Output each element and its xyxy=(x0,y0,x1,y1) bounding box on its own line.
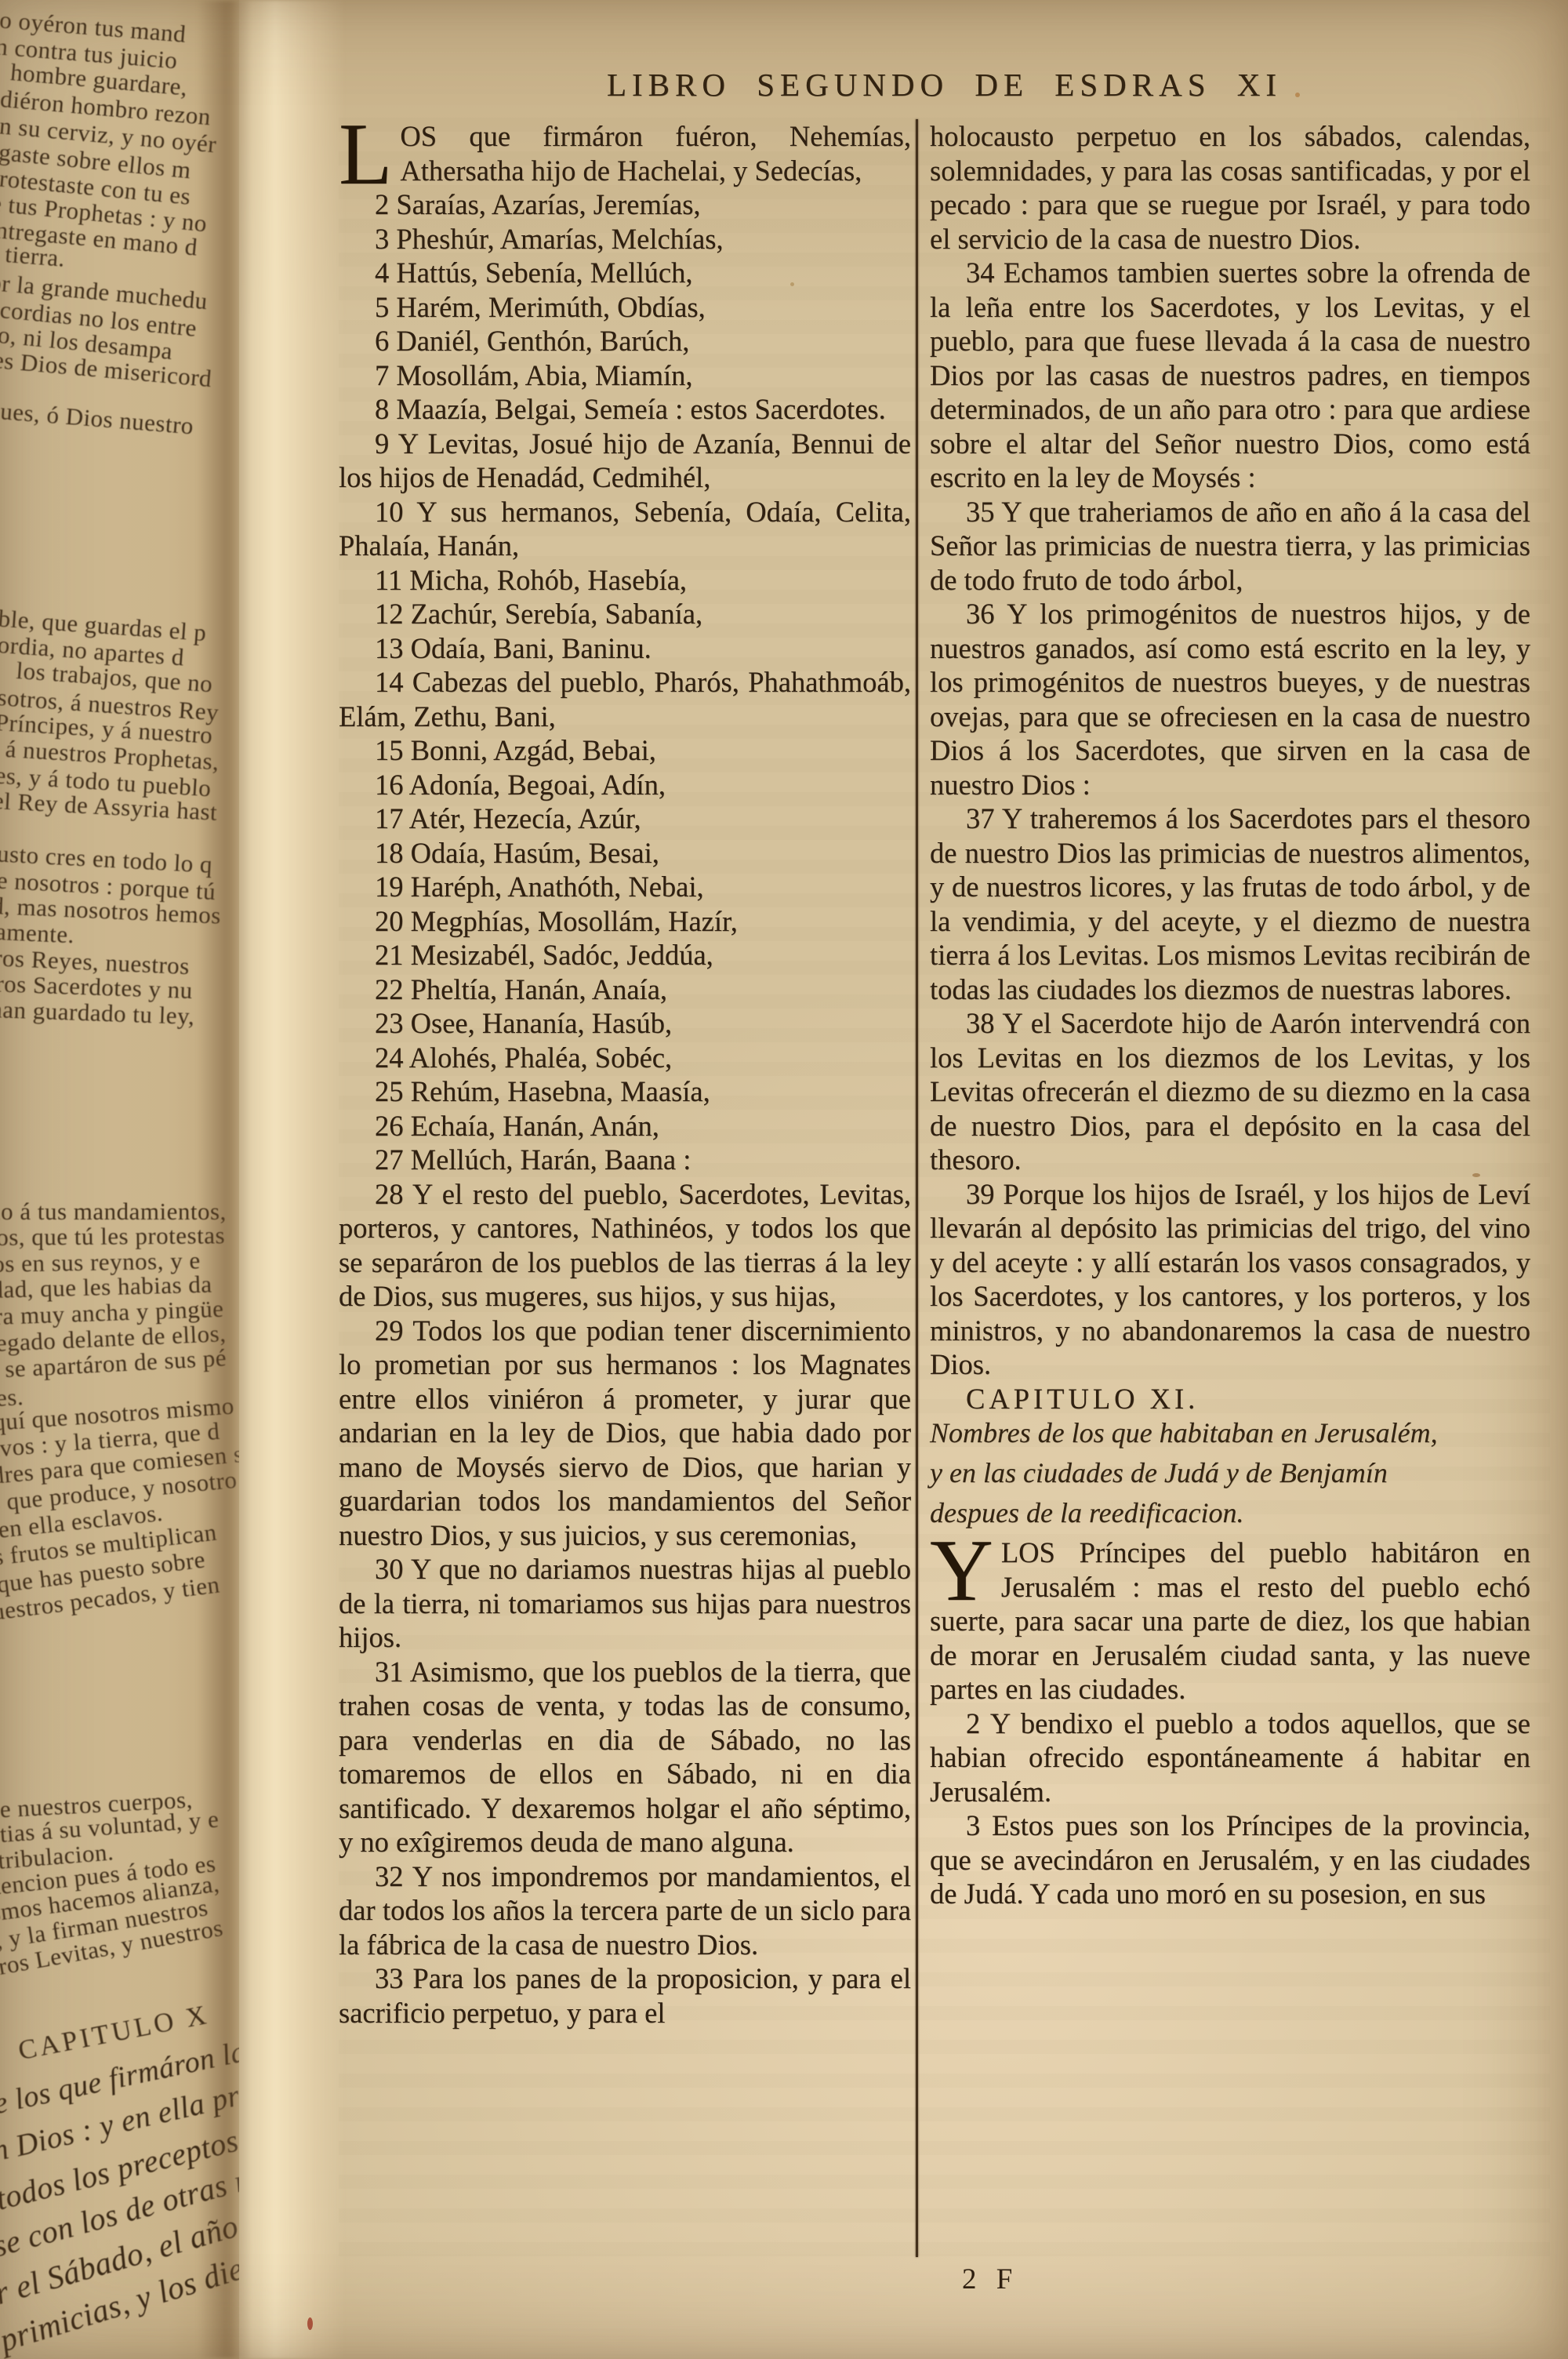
signature-mark: 2 F xyxy=(962,2263,1018,2296)
gutter-highlight xyxy=(231,0,345,2359)
verse-paragraph: 3 Pheshúr, Amarías, Melchías, xyxy=(339,222,911,256)
verse-paragraph: 36 Y los primogénitos de nuestros hijos,… xyxy=(930,597,1530,801)
chapter-heading: CAPITULO XI. xyxy=(930,1382,1530,1416)
verse-paragraph: 24 Alohés, Phaléa, Sobéc, xyxy=(339,1041,911,1075)
chapter-summary-line: Nombres de los que habitaban en Jerusalé… xyxy=(965,1416,1530,1451)
running-header: LIBRO SEGUNDO DE ESDRAS XI xyxy=(339,66,1550,104)
chapter-summary-line: despues de la reedificacion. xyxy=(965,1496,1530,1531)
verse-paragraph: 18 Odaía, Hasúm, Besai, xyxy=(339,836,911,871)
verse-paragraph: 23 Osee, Hananía, Hasúb, xyxy=(339,1006,911,1041)
verse-paragraph: 32 Y nos impondremos por mandamientos, e… xyxy=(339,1859,911,1962)
paper-speck xyxy=(1472,1173,1480,1177)
verse-paragraph: 35 Y que traheriamos de año en año á la … xyxy=(930,495,1530,598)
verse-paragraph: 39 Porque los hijos de Israél, y los hij… xyxy=(930,1177,1530,1382)
verse-paragraph: 27 Mellúch, Harán, Baana : xyxy=(339,1143,911,1177)
verse-paragraph: 20 Megphías, Mosollám, Hazír, xyxy=(339,904,911,939)
verse-paragraph: 21 Mesizabél, Sadóc, Jeddúa, xyxy=(339,938,911,972)
verse-paragraph: 15 Bonni, Azgád, Bebai, xyxy=(339,733,911,768)
book-page-scan: no oyéron tus mandon contra tus juicioho… xyxy=(0,0,1568,2359)
verse-paragraph: 28 Y el resto del pueblo, Sacerdotes, Le… xyxy=(339,1177,911,1314)
verse-paragraph: 7 Mosollám, Abia, Miamín, xyxy=(339,358,911,393)
left-column: LOS que firmáron fuéron, Nehemías, Ather… xyxy=(339,119,911,2257)
verse-paragraph: 4 Hattús, Sebenía, Mellúch, xyxy=(339,256,911,290)
verse-paragraph: holocausto perpetuo en los sábados, cale… xyxy=(930,119,1530,256)
text-columns: LOS que firmáron fuéron, Nehemías, Ather… xyxy=(339,119,1550,2257)
verse-paragraph: 37 Y traheremos á los Sacerdotes pars el… xyxy=(930,801,1530,1006)
verse-paragraph: 3 Estos pues son los Príncipes de la pro… xyxy=(930,1808,1530,1911)
verse-paragraph: 2 Saraías, Azarías, Jeremías, xyxy=(339,187,911,222)
verse-paragraph: 31 Asimismo, que los pueblos de la tierr… xyxy=(339,1655,911,1859)
verse-paragraph: 26 Echaía, Hanán, Anán, xyxy=(339,1109,911,1143)
verse-paragraph: 38 Y el Sacerdote hijo de Aarón interven… xyxy=(930,1006,1530,1177)
paper-speck xyxy=(1295,93,1300,97)
verse-paragraph: 12 Zachúr, Serebía, Sabanía, xyxy=(339,597,911,631)
verse-paragraph: LOS que firmáron fuéron, Nehemías, Ather… xyxy=(339,119,911,187)
verse-paragraph: 2 Y bendixo el pueblo a todos aquellos, … xyxy=(930,1707,1530,1809)
chapter-summary-line: y en las ciudades de Judá y de Benjamín xyxy=(965,1456,1530,1491)
verse-paragraph: 9 Y Levitas, Josué hijo de Azanía, Bennu… xyxy=(339,427,911,495)
verse-paragraph: 13 Odaía, Bani, Baninu. xyxy=(339,631,911,666)
verse-paragraph: YLOS Príncipes del pueblo habitáron en J… xyxy=(930,1536,1530,1707)
verse-paragraph: 34 Echamos tambien suertes sobre la ofre… xyxy=(930,256,1530,495)
drop-cap: Y xyxy=(930,1536,1001,1603)
verse-paragraph: 16 Adonía, Begoai, Adín, xyxy=(339,768,911,802)
verse-paragraph: 30 Y que no dariamos nuestras hijas al p… xyxy=(339,1552,911,1655)
paper-speck xyxy=(790,282,794,286)
verse-paragraph: 29 Todos los que podian tener discernimi… xyxy=(339,1314,911,1553)
verse-paragraph: 11 Micha, Rohób, Hasebía, xyxy=(339,563,911,598)
ghost-text-line: pues, ó Dios nuestro xyxy=(0,396,194,441)
right-column: holocausto perpetuo en los sábados, cale… xyxy=(930,119,1530,2257)
ghost-text-line: tierra. xyxy=(4,240,66,273)
verse-paragraph: 10 Y sus hermanos, Sebenía, Odaía, Celit… xyxy=(339,495,911,563)
drop-cap: L xyxy=(339,119,400,187)
verse-paragraph: 19 Haréph, Anathóth, Nebai, xyxy=(339,870,911,904)
verse-paragraph: 25 Rehúm, Hasebna, Maasía, xyxy=(339,1074,911,1109)
paper-speck xyxy=(307,2317,313,2330)
verse-paragraph: 6 Daniél, Genthón, Barúch, xyxy=(339,324,911,358)
book-page: LIBRO SEGUNDO DE ESDRAS XI LOS que firmá… xyxy=(339,0,1550,2359)
verse-paragraph: 17 Atér, Hezecía, Azúr, xyxy=(339,801,911,836)
verse-paragraph: 14 Cabezas del pueblo, Pharós, Phahathmo… xyxy=(339,665,911,733)
column-divider xyxy=(916,119,918,2257)
verse-paragraph: 5 Harém, Merimúth, Obdías, xyxy=(339,290,911,325)
verse-paragraph: 22 Pheltía, Hanán, Anaía, xyxy=(339,972,911,1007)
verse-paragraph: 8 Maazía, Belgai, Semeía : estos Sacerdo… xyxy=(339,392,911,427)
verse-paragraph: 33 Para los panes de la proposicion, y p… xyxy=(339,1961,911,2030)
